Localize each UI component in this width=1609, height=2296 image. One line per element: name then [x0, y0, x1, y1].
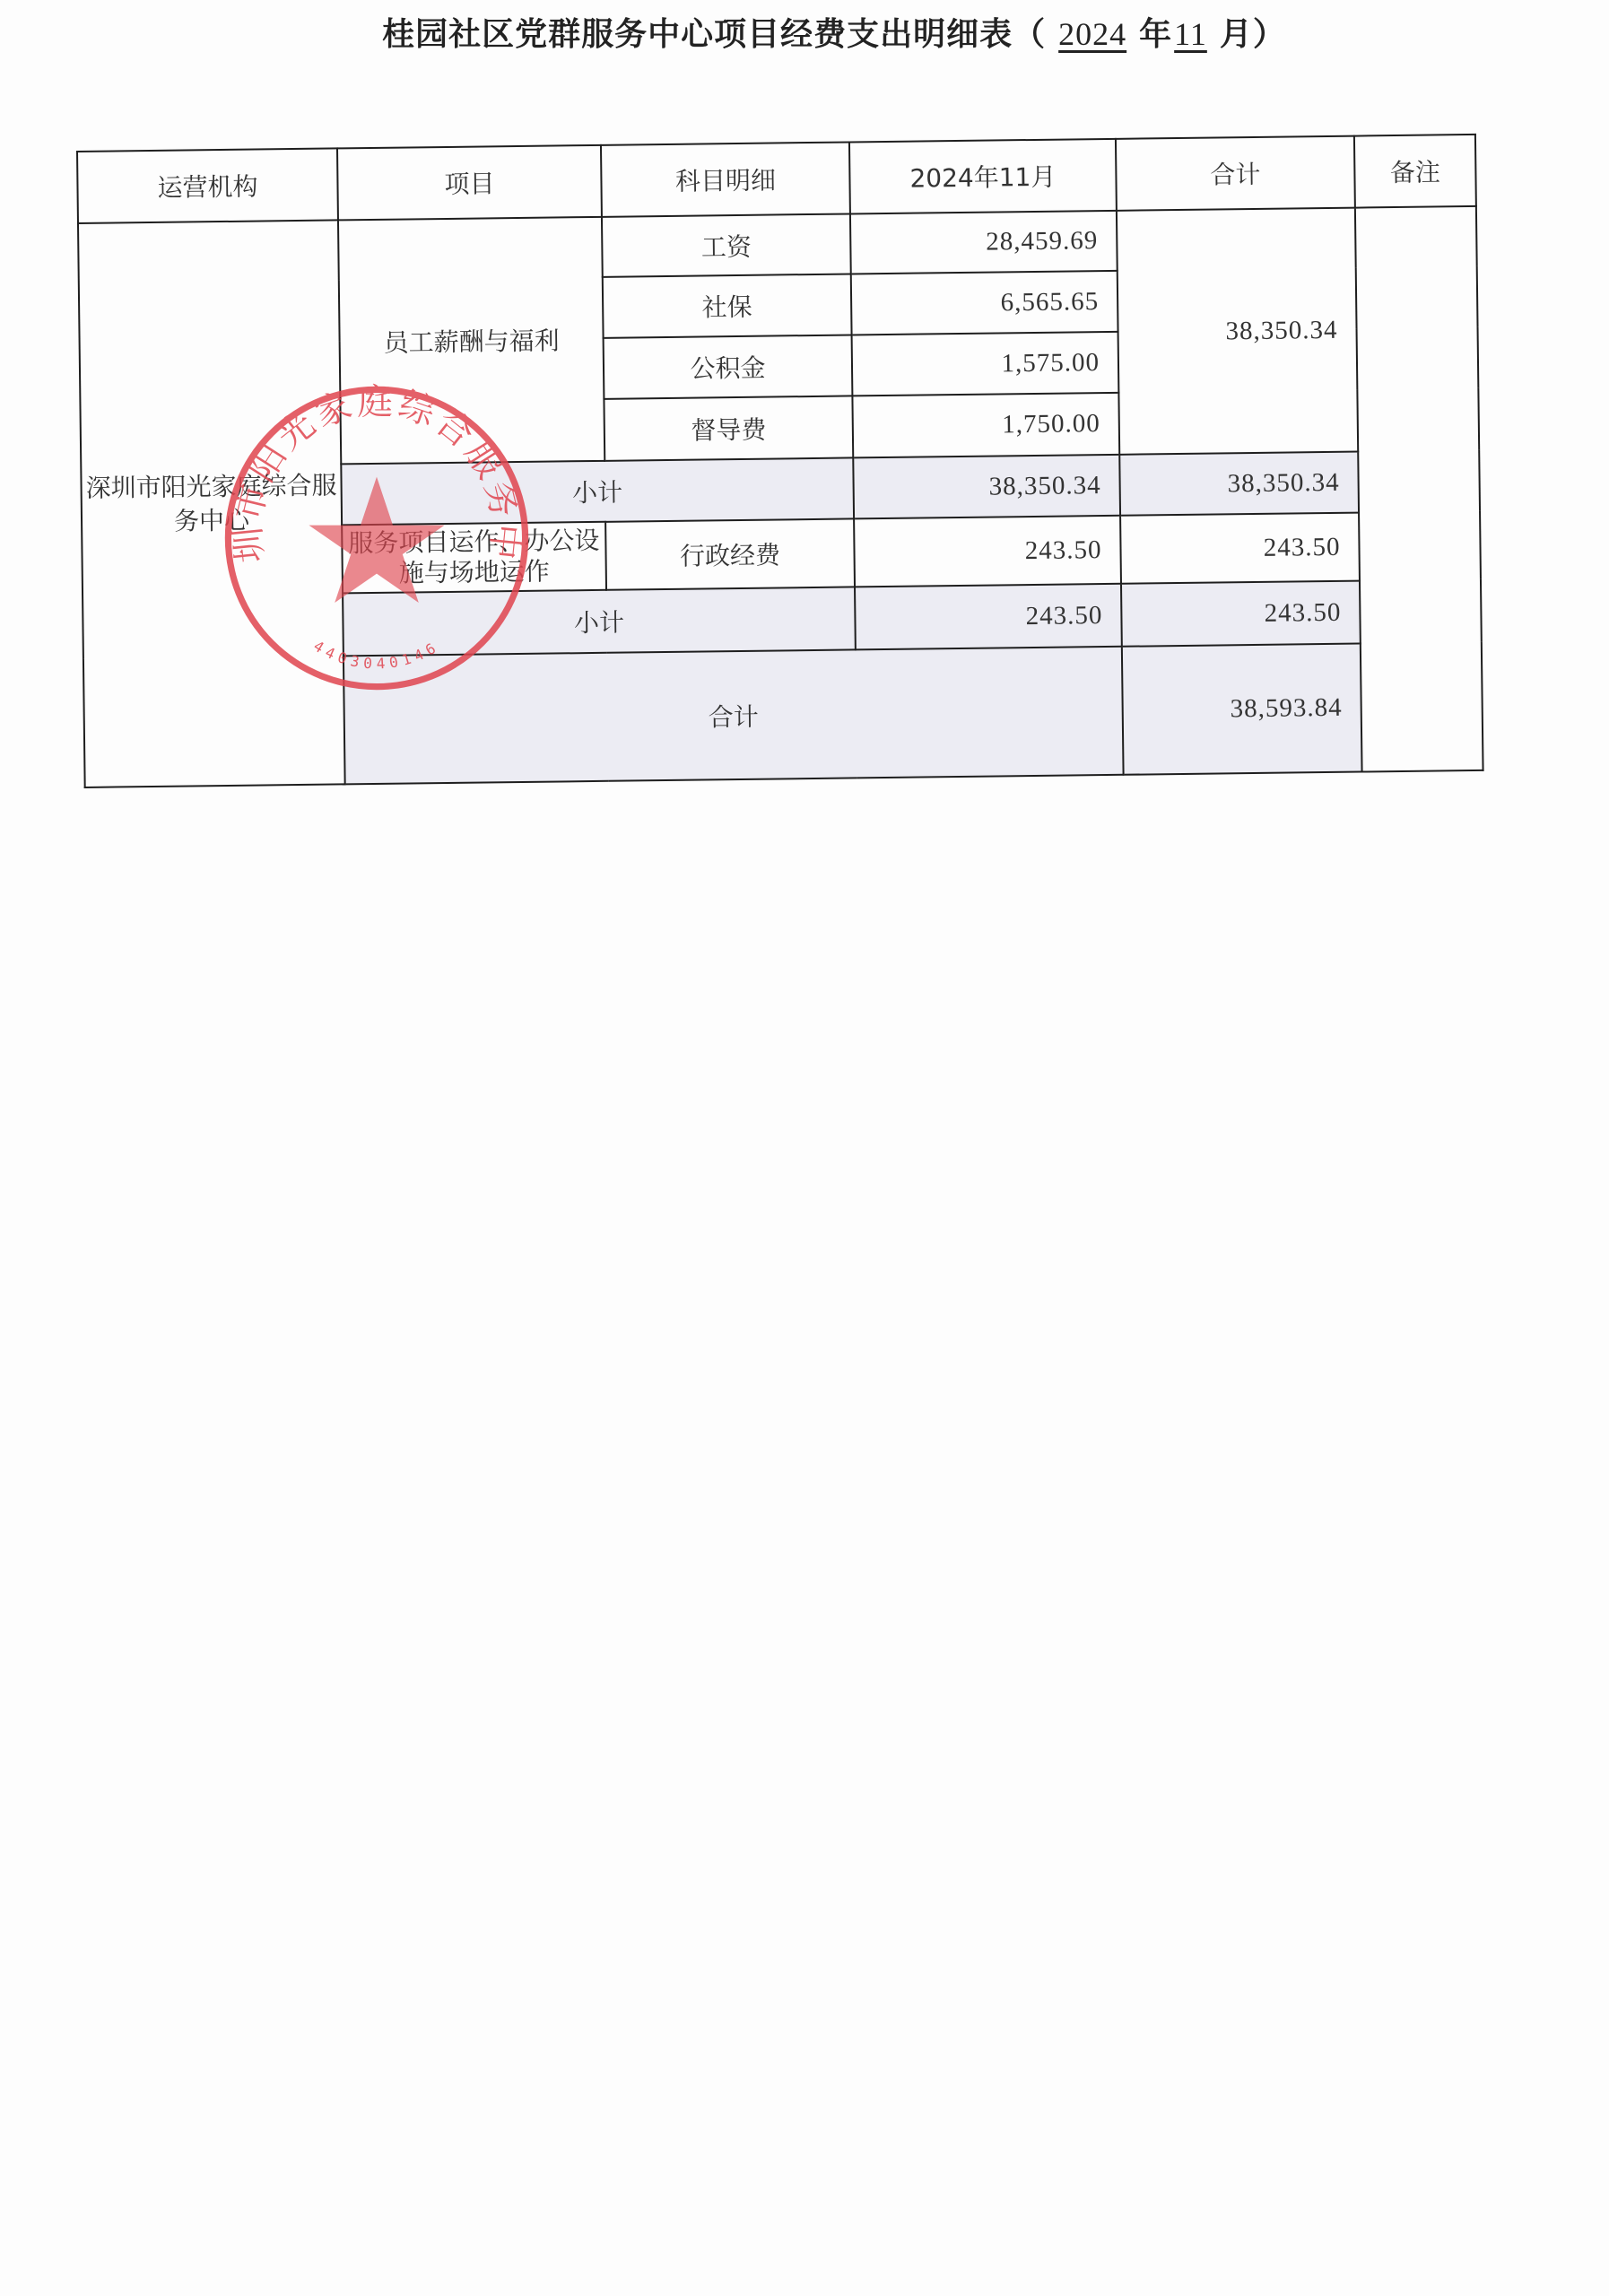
header-month: 2024年11月	[849, 139, 1117, 214]
header-org: 运营机构	[77, 148, 338, 223]
item-amount: 6,565.65	[851, 271, 1118, 335]
header-total: 合计	[1116, 136, 1355, 211]
remarks-cell	[1355, 206, 1483, 772]
header-remarks: 备注	[1354, 135, 1476, 208]
project-cell: 服务项目运作、办公设施与场地运作	[342, 522, 606, 594]
subtotal-label: 小计	[341, 457, 854, 525]
project-cell: 员工薪酬与福利	[338, 217, 604, 465]
expense-table-sheet: 运营机构 项目 科目明细 2024年11月 合计 备注 深圳市阳光家庭综合服务中…	[76, 134, 1483, 787]
title-month-suffix: 月	[1220, 16, 1253, 53]
item-amount: 28,459.69	[850, 211, 1118, 274]
title-month: 11	[1172, 15, 1220, 53]
title-prefix: 桂园社区党群服务中心项目经费支出明细表（	[382, 16, 1046, 53]
item-name: 督导费	[604, 396, 853, 460]
item-amount: 1,750.00	[852, 393, 1119, 458]
subtotal-label: 小计	[343, 587, 856, 656]
subtotal-total: 243.50	[1121, 581, 1361, 647]
item-name: 社保	[603, 274, 852, 337]
item-name: 行政经费	[605, 518, 855, 589]
group-total: 243.50	[1120, 513, 1360, 584]
grand-total-label: 合计	[344, 647, 1124, 785]
item-amount: 1,575.00	[852, 332, 1119, 396]
header-project: 项目	[337, 145, 602, 221]
subtotal-amount: 243.50	[855, 584, 1122, 650]
expense-table: 运营机构 项目 科目明细 2024年11月 合计 备注 深圳市阳光家庭综合服务中…	[76, 134, 1484, 788]
group-total: 38,350.34	[1117, 208, 1358, 455]
subtotal-amount: 38,350.34	[853, 455, 1120, 519]
item-name: 工资	[602, 213, 851, 276]
title-year: 2024	[1046, 15, 1139, 53]
grand-total-amount: 38,593.84	[1122, 644, 1362, 775]
header-item: 科目明细	[601, 142, 850, 216]
subtotal-total: 38,350.34	[1119, 452, 1359, 516]
title-close: ）	[1253, 16, 1286, 53]
item-amount: 243.50	[854, 516, 1121, 587]
title-year-suffix: 年	[1139, 16, 1172, 53]
item-name: 公积金	[604, 335, 853, 398]
organization-cell: 深圳市阳光家庭综合服务中心	[78, 220, 345, 787]
document-title: 桂园社区党群服务中心项目经费支出明细表（2024年11月）	[0, 9, 1609, 55]
